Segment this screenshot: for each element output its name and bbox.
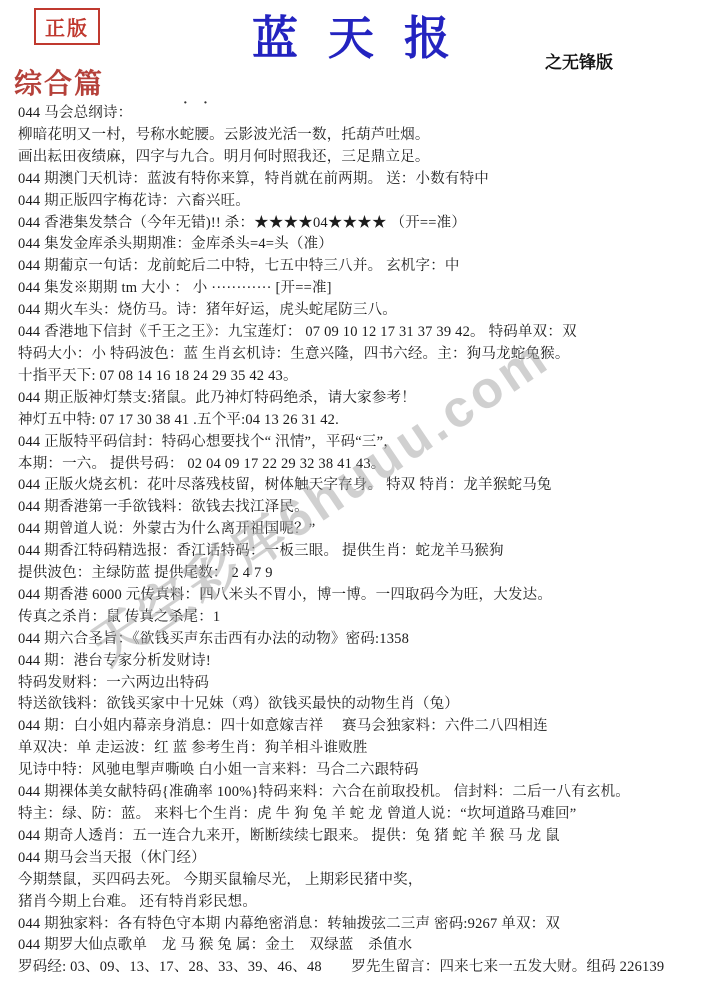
text-line: 044 集发金库杀头期期准：金库杀头=4=头（准）: [18, 234, 698, 256]
text-line: 神灯五中特: 07 17 30 38 41 .五个平:04 13 26 31 4…: [18, 410, 698, 432]
newspaper-page: 正版 蓝天报 之无锋版 综合篇 · · 044 马会总纲诗：柳暗花明又一村，号称…: [0, 0, 702, 1007]
text-line: 特主：绿、防：蓝。 来料七个生肖：虎 牛 狗 兔 羊 蛇 龙 曾道人说：“坎坷道…: [18, 804, 698, 826]
text-line: 今期禁鼠，买四码去死。 今期买鼠输尽光， 上期彩民猪中奖，: [18, 870, 698, 892]
text-line: 044 马会总纲诗：: [18, 103, 698, 125]
text-line: 044 期火车头：烧仿马。诗：猪年好运，虎头蛇尾防三八。: [18, 300, 698, 322]
text-line: 044 期独家料：各有特色守本期 内幕绝密消息：转轴拨弦二三声 密码:9267 …: [18, 914, 698, 936]
text-lines: 044 马会总纲诗：柳暗花明又一村，号称水蛇腰。云影波光活一数，托葫芦吐烟。画出…: [18, 103, 698, 979]
text-line: 044 期香港 6000 元传真料：四八米头不胃小，博一博。一四取码今为旺，大发…: [18, 585, 698, 607]
text-line: 特码大小：小 特码波色：蓝 生肖玄机诗：生意兴隆，四书六经。主：狗马龙蛇兔猴。: [18, 344, 698, 366]
text-line: 十指平天下: 07 08 14 16 18 24 29 35 42 43。: [18, 366, 698, 388]
text-line: 044 期曾道人说：外蒙古为什么离开祖国呢？”: [18, 519, 698, 541]
text-line: 044 期罗大仙点歌单 龙 马 猴 兔 属：金土 双绿蓝 杀值水: [18, 935, 698, 957]
text-line: 044 期澳门天机诗：蓝波有特你来算，特肖就在前两期。 送：小数有特中: [18, 169, 698, 191]
text-line: 044 正版火烧玄机：花叶尽落残枝留，树体触天字存身。 特双 特肖：龙羊猴蛇马兔: [18, 475, 698, 497]
text-line: 044 集发※期期 tm 大小 ： 小 ············ [开==准]: [18, 278, 698, 300]
text-line: 044 香港集发禁合（今年无错)!! 杀：★★★★04★★★★ （开==准）: [18, 213, 698, 235]
text-line: 画出耘田夜绩麻，四字与九合。明月何时照我还，三足鼎立足。: [18, 147, 698, 169]
text-line: 见诗中特：风驰电掣声嘶唤 白小姐一言来料：马合二六跟特码: [18, 760, 698, 782]
text-line: 罗码经: 03、09、13、17、28、33、39、46、48 罗先生留言：四来…: [18, 957, 698, 979]
text-line: 传真之杀肖：鼠 传真之杀尾：1: [18, 607, 698, 629]
text-line: 单双决：单 走运波：红 蓝 参考生肖：狗羊相斗谁败胜: [18, 738, 698, 760]
text-line: 044 期六合圣旨：《欲钱买声东击西有办法的动物》密码:1358: [18, 629, 698, 651]
text-line: 044 期葡京一句话：龙前蛇后二中特，七五中特三八并。 玄机字：中: [18, 256, 698, 278]
text-line: 柳暗花明又一村，号称水蛇腰。云影波光活一数，托葫芦吐烟。: [18, 125, 698, 147]
text-line: 提供波色：主绿防蓝 提供尾数： 2 4 7 9: [18, 563, 698, 585]
text-line: 044 期正版四字梅花诗：六畜兴旺。: [18, 191, 698, 213]
text-line: 044 期：港台专家分析发财诗!: [18, 651, 698, 673]
section-heading: 综合篇: [14, 62, 104, 102]
text-line: 044 期裸体美女献特码{准确率 100%}特码来料：六合在前取投机。 信封料：…: [18, 782, 698, 804]
text-line: 044 期：白小姐内幕亲身消息：四十如意嫁吉祥 赛马会独家料：六件二八四相连: [18, 716, 698, 738]
text-line: 044 期香江特码精选报：香江话特码：一板三眼。 提供生肖：蛇龙羊马猴狗: [18, 541, 698, 563]
text-line: 044 期正版神灯禁支:猪鼠。此乃神灯特码绝杀，请大家参考！: [18, 388, 698, 410]
text-line: 特码发财料：一六两边出特码: [18, 673, 698, 695]
text-line: 本期：一六。 提供号码： 02 04 09 17 22 29 32 38 41 …: [18, 454, 698, 476]
text-line: 猪肖今期上台难。 还有特肖彩民想。: [18, 892, 698, 914]
text-line: 044 期奇人透肖：五一连合九来开，断断续续七跟来。 提供：兔 猪 蛇 羊 猴 …: [18, 826, 698, 848]
text-line: 044 正版特平码信封：特码心想要找个“ 汛情”，平码“三”，: [18, 432, 698, 454]
text-line: 044 香港地下信封《千王之王》：九宝莲灯： 07 09 10 12 17 31…: [18, 322, 698, 344]
text-line: 特送欲钱料：欲钱买家中十兄妹（鸡）欲钱买最快的动物生肖（兔）: [18, 694, 698, 716]
text-line: 044 期马会当天报（休门经）: [18, 848, 698, 870]
text-line: 044 期香港第一手欲钱料：欲钱去找江泽民。: [18, 497, 698, 519]
edition-subtitle: 之无锋版: [545, 48, 613, 73]
